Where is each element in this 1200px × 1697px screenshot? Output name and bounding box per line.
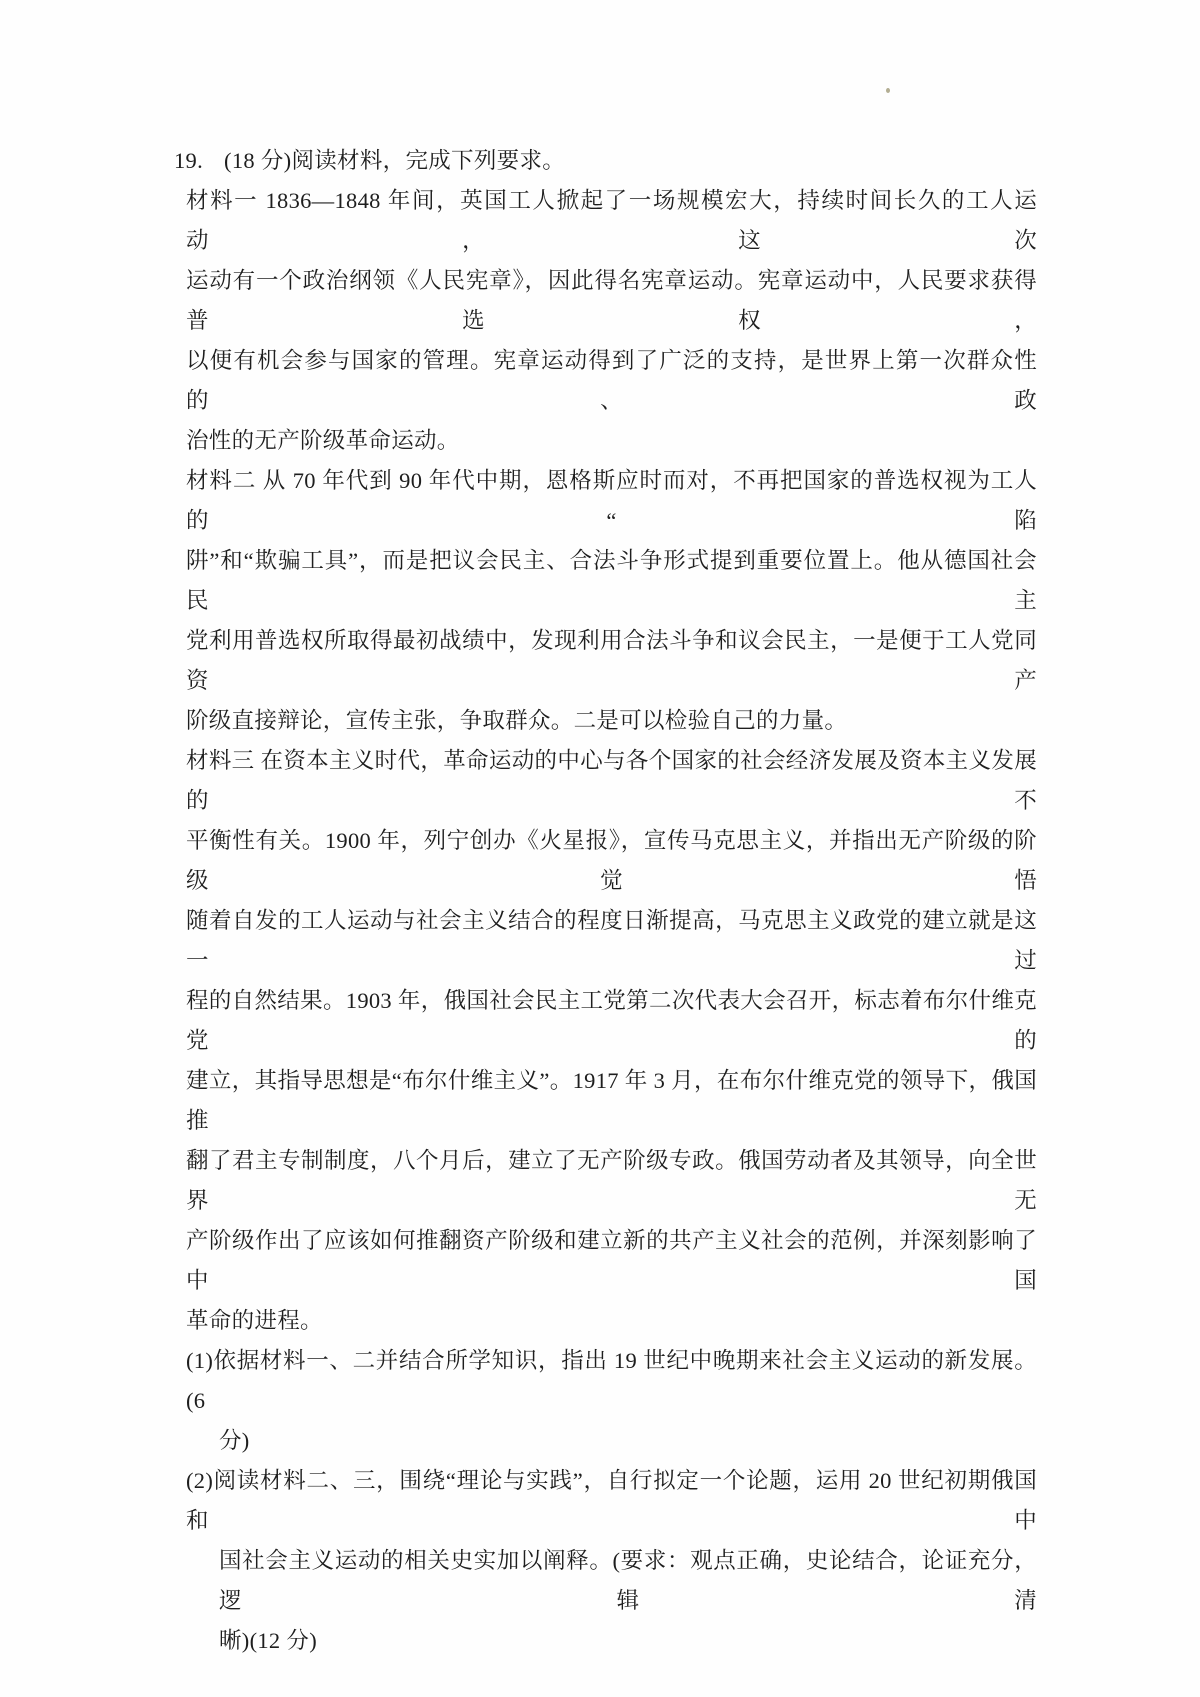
material-3-line-4: 程的自然结果。1903 年，俄国社会民主工党第二次代表大会召开，标志着布尔什维克… <box>186 981 1037 1061</box>
exam-page: 19.(18 分)阅读材料，完成下列要求。 材料一 1836—1848 年间，英… <box>0 0 1200 1697</box>
sub-question-2-line-1: (2)阅读材料二、三，围绕“理论与实践”，自行拟定一个论题，运用 20 世纪初期… <box>186 1461 1037 1541</box>
material-3-line-2: 平衡性有关。1900 年，列宁创办《火星报》，宣传马克思主义，并指出无产阶级的阶… <box>186 821 1037 901</box>
question-intro: (18 分)阅读材料，完成下列要求。 <box>224 148 565 173</box>
material-2-line-4: 阶级直接辩论，宣传主张，争取群众。二是可以检验自己的力量。 <box>186 701 1037 741</box>
material-3-line-1: 材料三 在资本主义时代，革命运动的中心与各个国家的社会经济发展及资本主义发展的不 <box>186 741 1037 821</box>
material-3-line-3: 随着自发的工人运动与社会主义结合的程度日渐提高，马克思主义政党的建立就是这一过 <box>186 901 1037 981</box>
sub-questions-section: (1)依据材料一、二并结合所学知识，指出 19 世纪中晚期来社会主义运动的新发展… <box>186 1341 1037 1661</box>
scan-speck-icon <box>886 88 890 93</box>
material-2-line-1: 材料二 从 70 年代到 90 年代中期，恩格斯应时而对，不再把国家的普选权视为… <box>186 461 1037 541</box>
sub-question-2-line-2: 国社会主义运动的相关史实加以阐释。(要求：观点正确，史论结合，论证充分，逻辑清 <box>219 1541 1037 1621</box>
sub-question-2: (2)阅读材料二、三，围绕“理论与实践”，自行拟定一个论题，运用 20 世纪初期… <box>186 1461 1037 1661</box>
material-3-line-7: 产阶级作出了应该如何推翻资产阶级和建立新的共产主义社会的范例，并深刻影响了中国 <box>186 1221 1037 1301</box>
material-3-line-6: 翻了君主专制制度，八个月后，建立了无产阶级专政。俄国劳动者及其领导，向全世界无 <box>186 1141 1037 1221</box>
material-3: 材料三 在资本主义时代，革命运动的中心与各个国家的社会经济发展及资本主义发展的不… <box>186 741 1037 1341</box>
material-3-line-5: 建立，其指导思想是“布尔什维主义”。1917 年 3 月，在布尔什维克党的领导下… <box>186 1061 1037 1141</box>
sub-question-1-line-1: (1)依据材料一、二并结合所学知识，指出 19 世纪中晚期来社会主义运动的新发展… <box>186 1341 1037 1421</box>
question-number: 19. <box>174 141 203 181</box>
material-3-line-8: 革命的进程。 <box>186 1301 1037 1341</box>
question-19-block: 19.(18 分)阅读材料，完成下列要求。 材料一 1836—1848 年间，英… <box>186 141 1037 1661</box>
sub-question-1: (1)依据材料一、二并结合所学知识，指出 19 世纪中晚期来社会主义运动的新发展… <box>186 1341 1037 1461</box>
material-1-line-4: 治性的无产阶级革命运动。 <box>186 421 1037 461</box>
material-1-line-1: 材料一 1836—1848 年间，英国工人掀起了一场规模宏大，持续时间长久的工人… <box>186 181 1037 261</box>
material-2: 材料二 从 70 年代到 90 年代中期，恩格斯应时而对，不再把国家的普选权视为… <box>186 461 1037 741</box>
sub-question-1-line-2: 分) <box>219 1421 1037 1461</box>
question-header: 19.(18 分)阅读材料，完成下列要求。 <box>174 141 1037 181</box>
material-1-line-2: 运动有一个政治纲领《人民宪章》，因此得名宪章运动。宪章运动中，人民要求获得普选权… <box>186 261 1037 341</box>
material-1: 材料一 1836—1848 年间，英国工人掀起了一场规模宏大，持续时间长久的工人… <box>186 181 1037 461</box>
material-2-line-3: 党利用普选权所取得最初战绩中，发现利用合法斗争和议会民主，一是便于工人党同资产 <box>186 621 1037 701</box>
materials-section: 材料一 1836—1848 年间，英国工人掀起了一场规模宏大，持续时间长久的工人… <box>186 181 1037 1341</box>
material-1-line-3: 以便有机会参与国家的管理。宪章运动得到了广泛的支持，是世界上第一次群众性的、政 <box>186 341 1037 421</box>
sub-question-2-line-3: 晰)(12 分) <box>219 1621 1037 1661</box>
material-2-line-2: 阱”和“欺骗工具”，而是把议会民主、合法斗争形式提到重要位置上。他从德国社会民主 <box>186 541 1037 621</box>
